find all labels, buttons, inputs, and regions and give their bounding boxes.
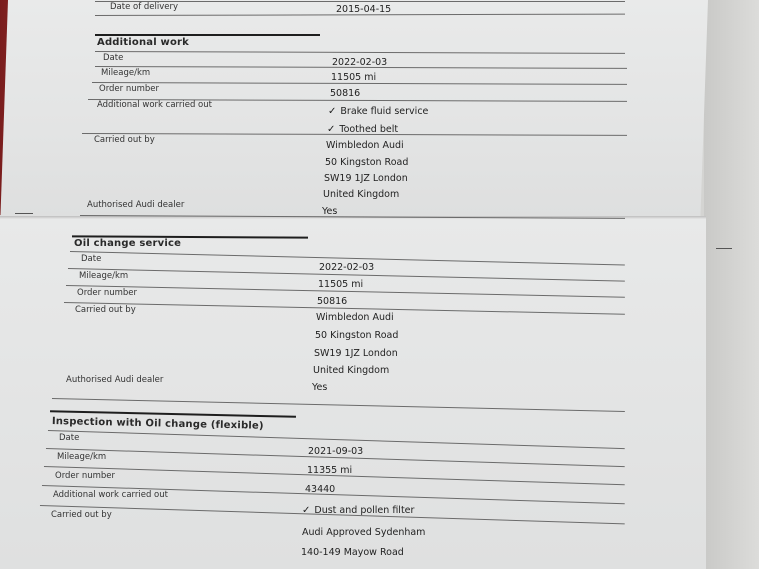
aw-authorised-label: Authorised Audi dealer [87, 200, 184, 210]
oc-date-value: 2022-02-03 [319, 262, 374, 273]
oc-authorised-value: Yes [312, 382, 327, 393]
oc-mileage-label: Mileage/km [79, 271, 128, 281]
additional-work-title: Additional work [97, 37, 189, 48]
aw-carried-label: Carried out by [94, 135, 155, 145]
check-icon: ✓ [328, 106, 336, 117]
insp-work-label: Additional work carried out [53, 490, 168, 500]
section-rule [95, 34, 320, 36]
insp-carried-label: Carried out by [51, 510, 112, 520]
aw-order-value: 50816 [330, 88, 360, 99]
background-surface [704, 0, 759, 569]
oil-change-title: Oil change service [74, 238, 181, 249]
aw-order-label: Order number [99, 84, 159, 94]
oc-date-label: Date [81, 254, 101, 264]
aw-work-label: Additional work carried out [97, 100, 212, 110]
insp-mileage-label: Mileage/km [57, 452, 106, 462]
aw-mileage-label: Mileage/km [101, 68, 150, 78]
aw-date-label: Date [103, 53, 123, 63]
aw-mileage-value: 11505 mi [331, 72, 376, 83]
oc-mileage-value: 11505 mi [318, 279, 363, 290]
oc-carried-label: Carried out by [75, 305, 136, 315]
fold-mark [15, 213, 33, 214]
oc-order-value: 50816 [317, 296, 347, 307]
insp-date-label: Date [59, 433, 79, 443]
delivery-label: Date of delivery [110, 2, 178, 12]
oc-authorised-label: Authorised Audi dealer [66, 375, 163, 385]
oc-order-label: Order number [77, 288, 137, 298]
insp-date-value: 2021-09-03 [308, 446, 363, 457]
fold-mark [716, 248, 732, 249]
insp-order-label: Order number [55, 471, 115, 481]
